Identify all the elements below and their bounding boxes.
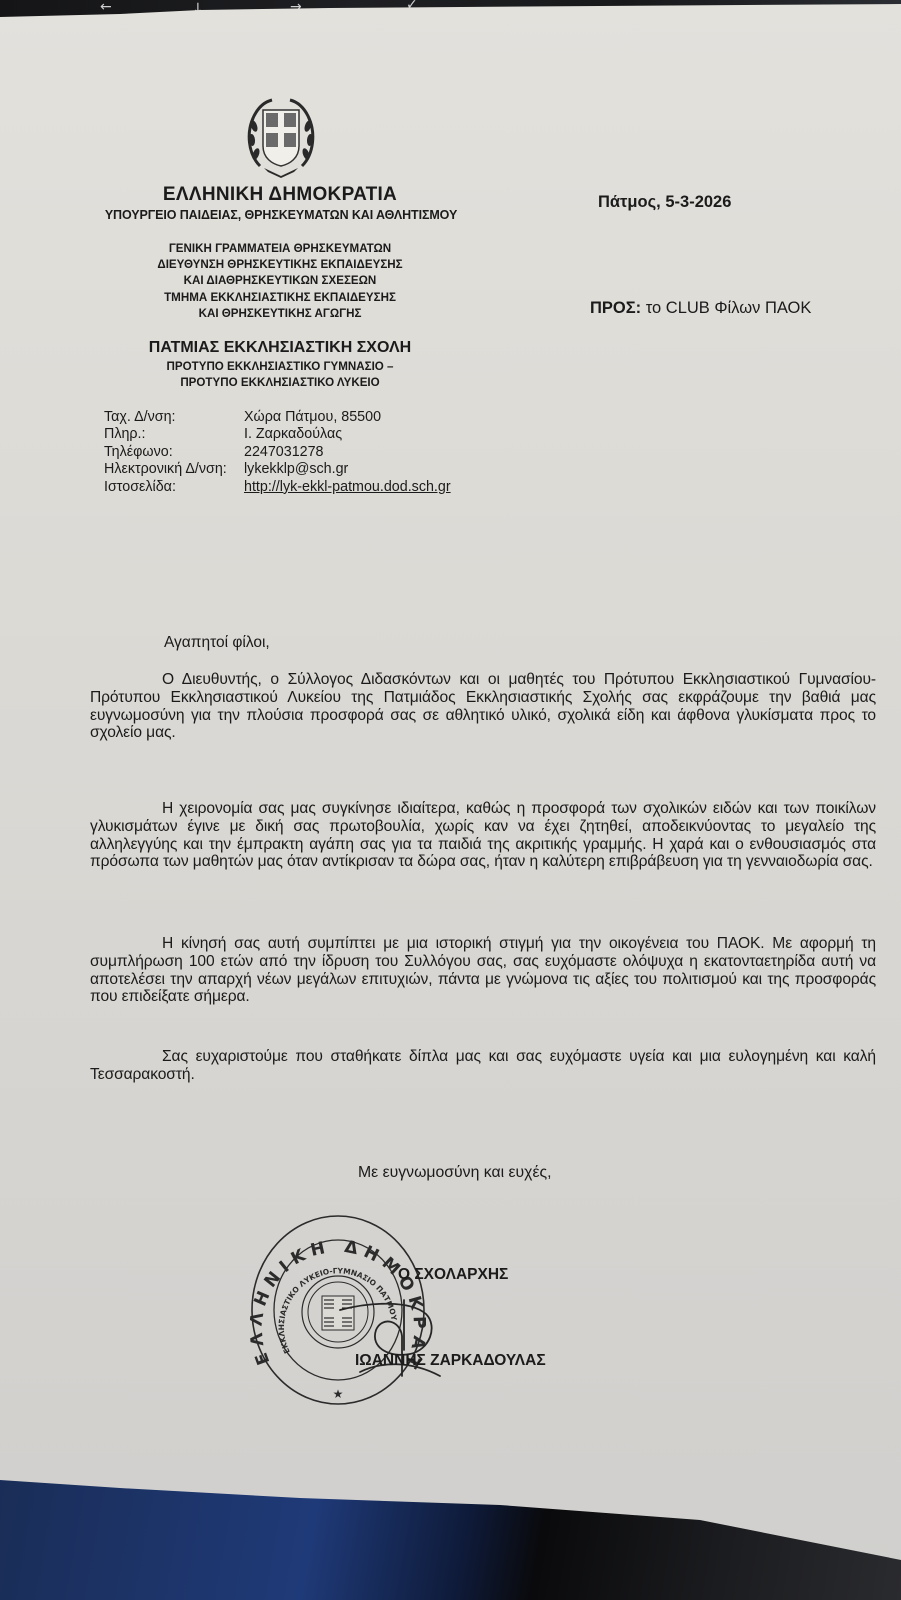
salutation: Αγαπητοί φίλοι, (164, 634, 270, 652)
signer-name: ΙΩΑΝΝΗΣ ΖΑΡΚΑΔΟΥΛΑΣ (355, 1352, 546, 1370)
recipient-label: ΠΡΟΣ: (590, 299, 641, 317)
handwritten-signature (330, 1280, 450, 1390)
body-paragraph: Ο Διευθυντής, ο Σύλλογος Διδασκόντων και… (90, 671, 876, 742)
department-line: ΓΕΝΙΚΗ ΓΡΑΜΜΑΤΕΙΑ ΘΡΗΣΚΕΥΜΑΤΩΝ (120, 241, 440, 257)
contact-row-phone: Τηλέφωνο: 2247031278 (104, 444, 451, 461)
contact-value: Ι. Ζαρκαδούλας (244, 426, 342, 443)
school-sub-line: ΠΡΟΤΥΠΟ ΕΚΚΛΗΣΙΑΣΤΙΚΟ ΛΥΚΕΙΟ (120, 375, 440, 391)
contact-block: Ταχ. Δ/νση: Χώρα Πάτμου, 85500 Πληρ.: Ι.… (104, 409, 451, 496)
contact-label: Ιστοσελίδα: (104, 479, 244, 496)
recipient-value: το CLUB Φίλων ΠΑΟΚ (646, 299, 812, 317)
place-date: Πάτμος, 5-3-2026 (598, 193, 731, 212)
body-paragraph: Σας ευχαριστούμε που σταθήκατε δίπλα μας… (90, 1048, 876, 1084)
department-line: ΔΙΕΥΘΥΝΣΗ ΘΡΗΣΚΕΥΤΙΚΗΣ ΕΚΠΑΙΔΕΥΣΗΣ (120, 257, 440, 273)
contact-label: Ταχ. Δ/νση: (104, 409, 244, 426)
body-paragraph: Η χειρονομία σας μας συγκίνησε ιδιαίτερα… (90, 800, 876, 871)
phone-number: 2247031278 (244, 444, 324, 461)
contact-row-address: Ταχ. Δ/νση: Χώρα Πάτμου, 85500 (104, 409, 451, 426)
republic-heading: ΕΛΛΗΝΙΚΗ ΔΗΜΟΚΡΑΤΙΑ (100, 184, 460, 206)
body-paragraph: Η κίνησή σας αυτή συμπίπτει με μια ιστορ… (90, 935, 876, 1006)
school-heading: ΠΑΤΜΙΑΣ ΕΚΚΛΗΣΙΑΣΤΙΚΗ ΣΧΟΛΗ (120, 339, 440, 357)
contact-label: Τηλέφωνο: (104, 444, 244, 461)
department-line: ΤΜΗΜΑ ΕΚΚΛΗΣΙΑΣΤΙΚΗΣ ΕΚΠΑΙΔΕΥΣΗΣ (120, 290, 440, 306)
email-address: lykekklp@sch.gr (244, 461, 348, 478)
ministry-heading: ΥΠΟΥΡΓΕΙΟ ΠΑΙΔΕΙΑΣ, ΘΡΗΣΚΕΥΜΑΤΩΝ ΚΑΙ ΑΘΛ… (84, 208, 478, 222)
contact-row-website: Ιστοσελίδα: http://lyk-ekkl-patmou.dod.s… (104, 479, 451, 496)
contact-row-info: Πληρ.: Ι. Ζαρκαδούλας (104, 426, 451, 443)
contact-value: Χώρα Πάτμου, 85500 (244, 409, 381, 426)
school-sub-line: ΠΡΟΤΥΠΟ ΕΚΚΛΗΣΙΑΣΤΙΚΟ ΓΥΜΝΑΣΙΟ – (120, 359, 440, 375)
contact-row-email: Ηλεκτρονική Δ/νση: lykekklp@sch.gr (104, 461, 451, 478)
recipient: ΠΡΟΣ: το CLUB Φίλων ΠΑΟΚ (590, 299, 811, 318)
department-block: ΓΕΝΙΚΗ ΓΡΑΜΜΑΤΕΙΑ ΘΡΗΣΚΕΥΜΑΤΩΝ ΔΙΕΥΘΥΝΣΗ… (120, 241, 440, 322)
left-arrow-key: ← (100, 0, 112, 14)
department-line: ΚΑΙ ΔΙΑΘΡΗΣΚΕΥΤΙΚΩΝ ΣΧΕΣΕΩΝ (120, 273, 440, 289)
greek-coat-of-arms-icon (246, 96, 316, 178)
letter-page: ΕΛΛΗΝΙΚΗ ΔΗΜΟΚΡΑΤΙΑ ΥΠΟΥΡΓΕΙΟ ΠΑΙΔΕΙΑΣ, … (0, 0, 901, 1600)
contact-label: Ηλεκτρονική Δ/νση: (104, 461, 244, 478)
contact-label: Πληρ.: (104, 426, 244, 443)
school-subheading: ΠΡΟΤΥΠΟ ΕΚΚΛΗΣΙΑΣΤΙΚΟ ΓΥΜΝΑΣΙΟ – ΠΡΟΤΥΠΟ… (120, 359, 440, 391)
department-line: ΚΑΙ ΘΡΗΣΚΕΥΤΙΚΗΣ ΑΓΩΓΗΣ (120, 306, 440, 322)
website-link[interactable]: http://lyk-ekkl-patmou.dod.sch.gr (244, 479, 451, 496)
signer-title: Ο ΣΧΟΛΑΡΧΗΣ (398, 1266, 508, 1284)
closing: Με ευγνωμοσύνη και ευχές, (358, 1164, 552, 1182)
